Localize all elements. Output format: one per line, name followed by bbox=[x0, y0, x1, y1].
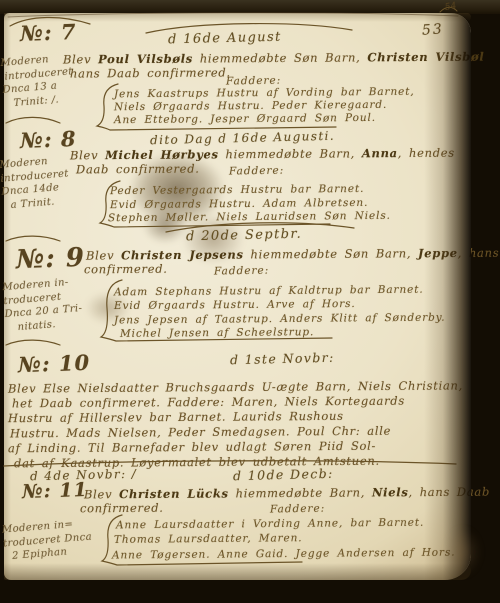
text-segment: , hans Daab bbox=[458, 245, 500, 260]
page-top-rule bbox=[8, 13, 458, 17]
child-name: Christen Vilsbøl bbox=[367, 50, 484, 65]
entry-8-margin-note: Moderen introduceret Dnca 14de a Trinit. bbox=[0, 153, 71, 212]
entry-7-date: d 16de August bbox=[168, 30, 282, 48]
entry-9-date: d 20de Septbr. bbox=[186, 227, 302, 245]
entry-7-godparent-line: Ane Etteborg. Jesper Ørgaard Søn Poul. bbox=[114, 112, 376, 126]
entry-10-body-line: het Daab confirmeret. Faddere: Maren, Ni… bbox=[12, 394, 405, 411]
text-segment: hiemmedøbte Barn, bbox=[219, 146, 362, 161]
margin-divider-3 bbox=[6, 340, 60, 345]
entry-8-godparent-line: Peder Vestergaards Hustru bar Barnet. bbox=[110, 183, 364, 197]
entry-8-faddere-label: Faddere: bbox=[229, 165, 284, 178]
child-name: Niels bbox=[372, 485, 409, 499]
entry-7-godparent-line: Niels Ørgaards Hustru. Peder Kieregaard. bbox=[114, 99, 387, 113]
entry-9-godparent-line: Michel Jensen af Scheelstrup. bbox=[120, 326, 314, 340]
entry-8-godparent-line: Evid Ørgaards Hustru. Adam Albretsen. bbox=[110, 197, 368, 211]
entry-10-date: d 1ste Novbr: bbox=[230, 350, 335, 368]
entry-8-body-line-2: Daab confirmered. bbox=[76, 162, 200, 177]
text-segment: hiemmedøbte Søn Barn, bbox=[244, 246, 418, 261]
entry-9-margin-note: Moderen in- troduceret Dnca 20 a Tri- ni… bbox=[2, 275, 84, 335]
corner-mark: 54 bbox=[444, 1, 457, 13]
entry-9-faddere-label: Faddere: bbox=[214, 265, 269, 278]
text-segment: Blev bbox=[86, 248, 121, 262]
entry-10-body-line: Hustru af Hillerslev bar Barnet. Laurids… bbox=[8, 409, 344, 425]
entry-7-body-line-1: Blev Poul Vilsbøls hiemmedøbte Søn Barn,… bbox=[63, 50, 485, 67]
text-segment: hiemmedøbte Søn Barn, bbox=[193, 50, 367, 65]
entry-9-number: №: 9 bbox=[15, 243, 85, 275]
entry-11-number: №: 11 bbox=[22, 479, 88, 503]
entry-7-margin-note: Moderen introduceret Dnca 13 a Trinit: /… bbox=[0, 51, 75, 110]
text-segment: hiemmedøbte Barn, bbox=[229, 485, 372, 500]
page-number: 53 bbox=[421, 21, 444, 38]
entry-11-godparent-line: Thomas Laursdaatter, Maren. bbox=[114, 532, 303, 546]
entry-11-faddere-label: Faddere: bbox=[270, 503, 325, 516]
entry-7-number: №: 7 bbox=[20, 19, 77, 46]
entry-8-godparent-line: Stephen Møller. Niels Lauridsen Søn Niel… bbox=[108, 210, 391, 224]
margin-divider-1 bbox=[6, 117, 60, 123]
entry-11-margin-note: Moderen in= troduceret Dnca 2 Epiphan bbox=[2, 517, 94, 564]
entry-11-date: d 10de Decb: bbox=[233, 466, 334, 483]
entry-7-body-line-2: hans Daab confirmered. bbox=[70, 65, 231, 80]
child-name: Jeppe bbox=[418, 246, 458, 260]
entry-7-faddere-label: Faddere: bbox=[226, 75, 281, 88]
entry-9-godparent-line: Evid Ørgaards Hustru. Arve af Hors. bbox=[114, 298, 356, 312]
entry-10-body-line: Hustru. Mads Nielsen, Peder Smedagsen. P… bbox=[10, 424, 391, 441]
parent-name: Poul Vilsbøls bbox=[98, 52, 193, 67]
entry-8-number: №: 8 bbox=[20, 126, 77, 153]
margin-divider-2 bbox=[6, 236, 60, 241]
entry-11-body-line-1: Blev Christen Lücks hiemmedøbte Barn, Ni… bbox=[84, 485, 490, 502]
entry-9-body-line-1: Blev Christen Jepsens hiemmedøbte Søn Ba… bbox=[86, 245, 500, 262]
entry-8-body-line-1: Blev Michel Hørbyes hiemmedøbte Barn, An… bbox=[70, 146, 455, 163]
text-segment: , hans Daab bbox=[408, 485, 490, 500]
text-segment: Blev bbox=[70, 148, 105, 162]
entry-10-body-line: af Linding. Til Barnefader blev udlagt S… bbox=[8, 439, 376, 456]
entry-11-body-line-2: confirmered. bbox=[80, 501, 164, 516]
scanned-manuscript: 53 54 №: 7 d 16de August Blev Poul Vilsb… bbox=[0, 0, 500, 603]
child-name: Anna bbox=[362, 146, 398, 160]
text-segment: , hendes bbox=[398, 146, 455, 160]
parent-name: Christen Lücks bbox=[119, 486, 229, 501]
entry-9-body-line-2: confirmered. bbox=[84, 262, 168, 277]
text-segment: Blev bbox=[84, 487, 119, 501]
entry-10-number: №: 10 bbox=[18, 350, 91, 378]
parent-name: Michel Hørbyes bbox=[105, 147, 219, 162]
parent-name: Christen Jepsens bbox=[121, 247, 244, 262]
